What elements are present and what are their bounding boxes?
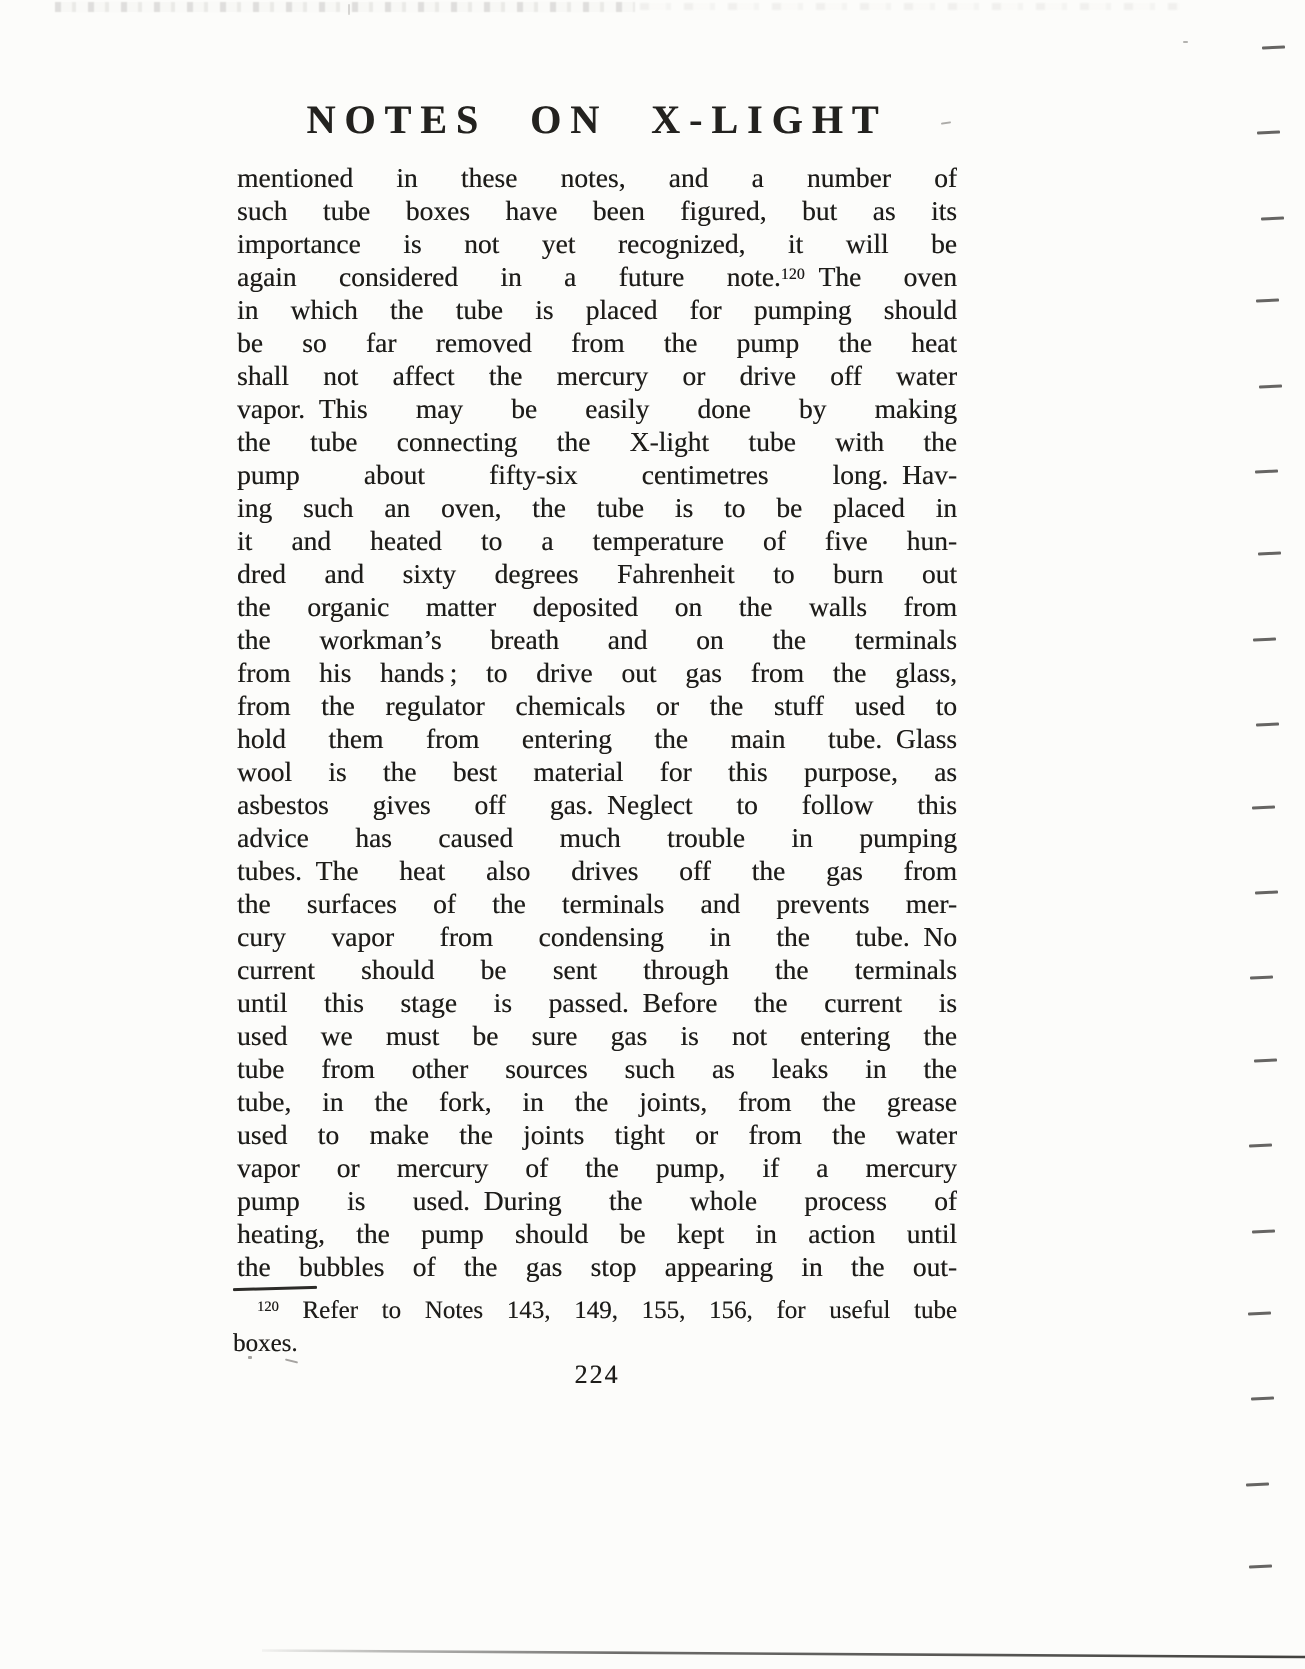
edge-dash [1253,637,1276,641]
edge-dash [1251,1397,1274,1401]
text-line: such tube boxes have been figured, but a… [237,194,957,227]
edge-dash [1249,1565,1272,1569]
scan-noise-top-left [55,2,635,12]
edge-dash [1252,1229,1275,1233]
text-line: the surfaces of the terminals and preven… [237,887,957,920]
text-line: used to make the joints tight or from th… [237,1118,957,1151]
text-line: dred and sixty degrees Fahrenheit to bur… [237,557,957,590]
text-line: vapor or mercury of the pump, if a mercu… [237,1151,957,1184]
footnote-rule [233,1286,317,1291]
text-line: mentioned in these notes, and a number o… [237,161,957,194]
text-line: heating, the pump should be kept in acti… [237,1217,957,1250]
book-page: NOTES ON X-LIGHT mentioned in these note… [0,0,1305,1669]
text-line: current should be sent through the termi… [237,953,957,986]
text-line: the workman’s breath and on the terminal… [237,623,957,656]
edge-dash [1256,723,1279,727]
text-line: again considered in a future note.120 Th… [237,260,957,293]
text-line: asbestos gives off gas. Neglect to follo… [237,788,957,821]
footnote: 120 Refer to Notes 143, 149, 155, 156, f… [233,1287,957,1362]
edge-dash [1252,805,1275,809]
edge-dash [1261,216,1284,220]
scan-noise-top-right [640,3,1180,10]
text-line: used we must be sure gas is not entering… [237,1019,957,1052]
text-line: from his hands ; to drive out gas from t… [237,656,957,689]
text-line: tubes. The heat also drives off the gas … [237,854,957,887]
text-line: it and heated to a temperature of five h… [237,524,957,557]
text-line: until this stage is passed. Before the c… [237,986,957,1019]
text-line: boxes. [233,1329,957,1362]
page-title: NOTES ON X-LIGHT [237,96,957,143]
body-text-block: mentioned in these notes, and a number o… [237,161,957,1283]
edge-dash [1254,1058,1277,1062]
edge-dash [1246,1482,1269,1486]
edge-dash [1249,1144,1272,1148]
edge-dash [1257,131,1280,135]
edge-dash [1256,299,1279,303]
text-line: pump about fifty-six centimetres long. H… [237,458,957,491]
text-line: 120 Refer to Notes 143, 149, 155, 156, f… [233,1296,957,1329]
text-line: be so far removed from the pump the heat [237,326,957,359]
footnote-text: 120 Refer to Notes 143, 149, 155, 156, f… [233,1296,957,1362]
text-line: from the regulator chemicals or the stuf… [237,689,957,722]
text-line: the bubbles of the gas stop appearing in… [237,1250,957,1283]
text-line: pump is used. During the whole process o… [237,1184,957,1217]
scan-speck [1183,41,1188,43]
text-line: the organic matter deposited on the wall… [237,590,957,623]
text-line: wool is the best material for this purpo… [237,755,957,788]
text-line: vapor. This may be easily done by making [237,392,957,425]
footnote-reference: 120 [257,1299,279,1315]
edge-dash [1258,552,1281,556]
edge-dash [1259,384,1282,388]
footnote-reference: 120 [781,266,805,283]
page-number: 224 [237,1360,957,1390]
text-line: tube, in the fork, in the joints, from t… [237,1085,957,1118]
edge-dash [1250,976,1273,980]
text-line: in which the tube is placed for pumping … [237,293,957,326]
edge-dash [1254,469,1277,473]
text-line: ing such an oven, the tube is to be plac… [237,491,957,524]
text-line: advice has caused much trouble in pumpin… [237,821,957,854]
edge-dash [1262,45,1285,49]
edge-dash [1255,890,1278,894]
text-line: cury vapor from condensing in the tube. … [237,920,957,953]
text-line: shall not affect the mercury or drive of… [237,359,957,392]
text-line: importance is not yet recognized, it wil… [237,227,957,260]
text-line: tube from other sources such as leaks in… [237,1052,957,1085]
scan-speck [348,4,350,15]
scan-speck [248,1356,252,1359]
text-line: hold them from entering the main tube. G… [237,722,957,755]
text-line: the tube connecting the X-light tube wit… [237,425,957,458]
edge-dash [1247,1311,1270,1315]
